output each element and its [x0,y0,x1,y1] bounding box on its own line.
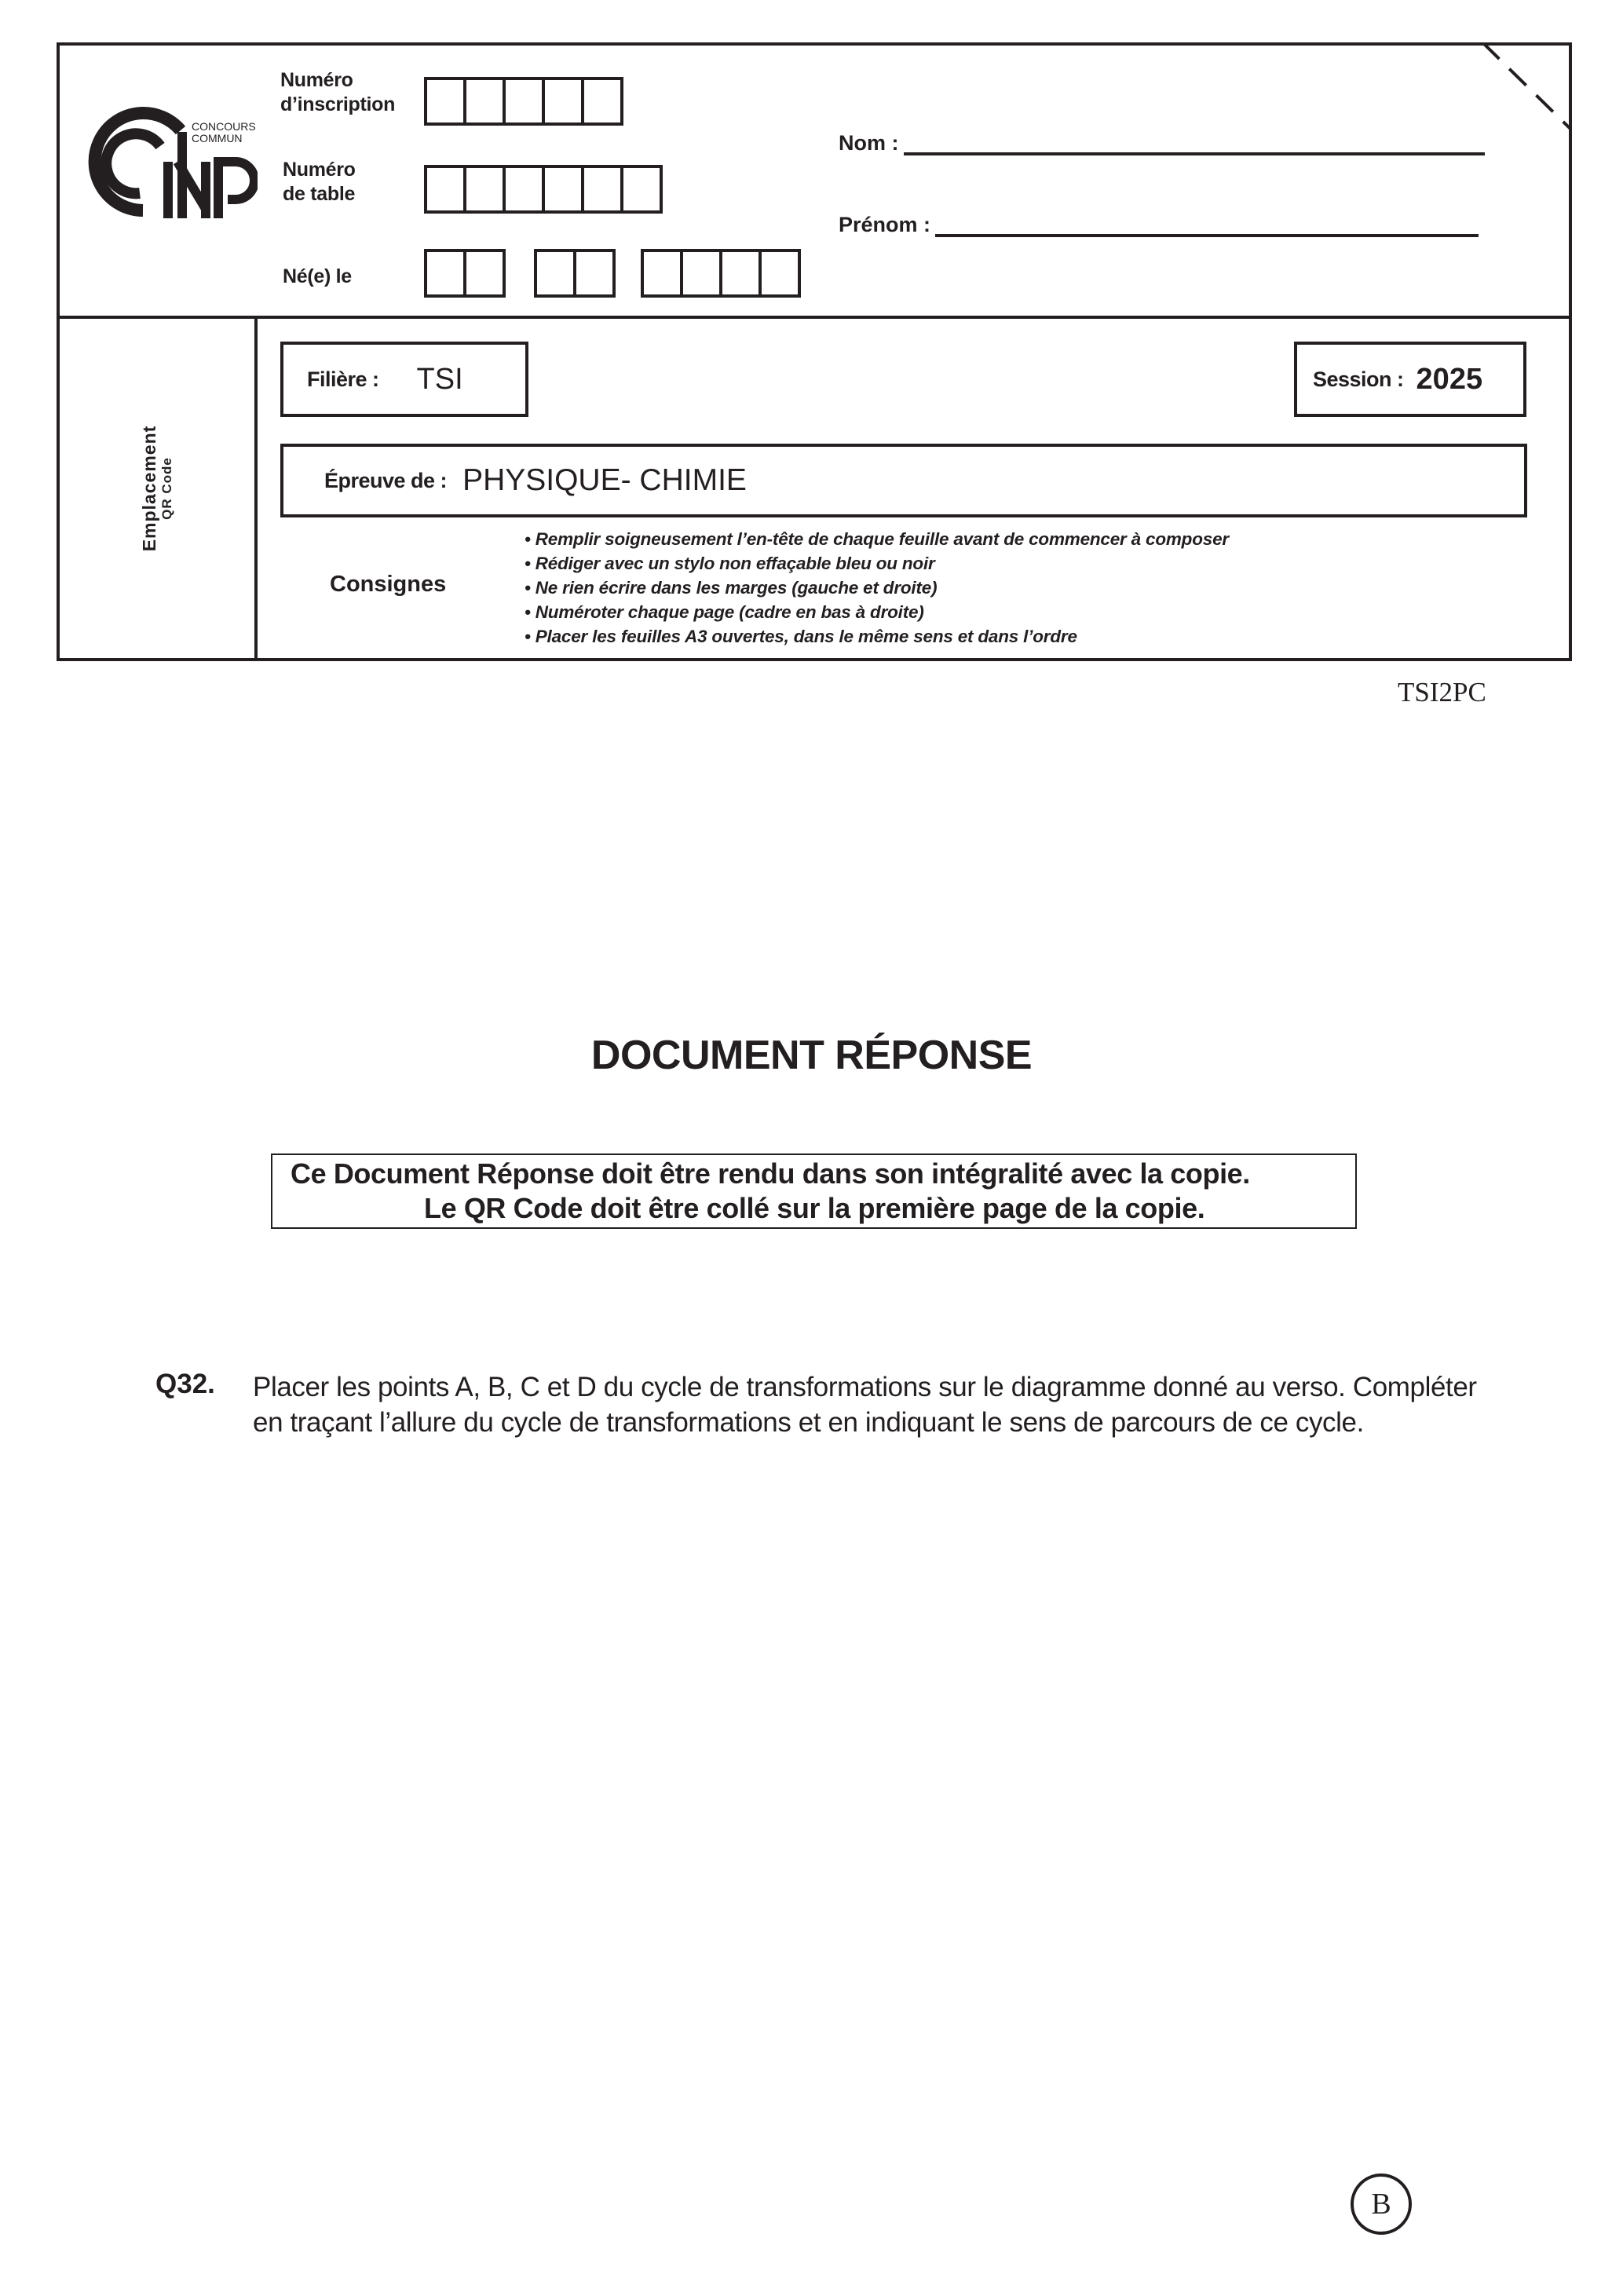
digit-box[interactable] [620,165,663,214]
label-line: de table [283,182,356,207]
consigne-item: Placer les feuilles A3 ouvertes, dans le… [525,624,1229,649]
digit-box[interactable] [534,249,576,298]
question-text: Placer les points A, B, C et D du cycle … [253,1369,1509,1440]
numero-table-field[interactable] [424,165,663,214]
birth-year-field[interactable] [641,249,801,298]
nom-input-line[interactable] [904,129,1485,155]
digit-box[interactable] [581,165,623,214]
digit-box[interactable] [463,249,506,298]
notice-line-1: Ce Document Réponse doit être rendu dans… [291,1157,1250,1190]
page-marker-badge: B [1351,2174,1412,2235]
digit-box[interactable] [424,249,466,298]
digit-box[interactable] [719,249,762,298]
cinp-logo-icon: CONCOURS COMMUN [88,101,258,218]
session-label: Session : [1313,367,1404,392]
label-line: Numéro [283,158,356,182]
digit-box[interactable] [542,77,584,126]
digit-box[interactable] [758,249,801,298]
qr-placeholder-line2: QR Code [159,426,175,552]
digit-box[interactable] [503,165,545,214]
exam-code: TSI2PC [1398,677,1486,708]
qr-column-divider [254,316,258,661]
digit-box[interactable] [424,77,466,126]
consigne-item: Remplir soigneusement l’en-tête de chaqu… [525,527,1229,551]
nom-label: Nom : [839,131,899,155]
prenom-label: Prénom : [839,213,930,237]
digit-box[interactable] [424,165,466,214]
birth-day-field[interactable] [424,249,506,298]
prenom-row: Prénom : [839,210,1479,237]
epreuve-box: Épreuve de : PHYSIQUE- CHIMIE [280,444,1527,517]
numero-table-label: Numéro de table [283,158,356,207]
consigne-item: Rédiger avec un stylo non effaçable bleu… [525,551,1229,576]
epreuve-value: PHYSIQUE- CHIMIE [462,463,747,498]
document-title: DOCUMENT RÉPONSE [0,1032,1623,1079]
label-line: d’inscription [280,93,395,117]
consigne-item: Numéroter chaque page (cadre en bas à dr… [525,600,1229,624]
header-divider [57,316,1572,319]
consignes-label: Consignes [330,572,446,598]
numero-inscription-label: Numéro d’inscription [280,68,395,117]
session-value: 2025 [1416,363,1483,397]
digit-box[interactable] [542,165,584,214]
prenom-input-line[interactable] [935,210,1479,237]
filiere-value: TSI [417,363,463,397]
date-naissance-label: Né(e) le [283,265,352,289]
numero-inscription-field[interactable] [424,77,623,126]
digit-box[interactable] [503,77,545,126]
svg-text:CONCOURS: CONCOURS [192,120,256,133]
qr-code-placeholder: Emplacement QR Code [63,319,251,658]
epreuve-label: Épreuve de : [324,469,447,493]
consigne-item: Ne rien écrire dans les marges (gauche e… [525,576,1229,600]
question-number: Q32. [155,1369,215,1400]
nom-row: Nom : [839,129,1485,155]
session-box: Session : 2025 [1294,342,1526,417]
filiere-label: Filière : [307,367,379,392]
label-line: Numéro [280,68,395,93]
digit-box[interactable] [581,77,623,126]
qr-placeholder-line1: Emplacement [139,426,159,552]
consignes-list: Remplir soigneusement l’en-tête de chaqu… [525,527,1229,649]
notice-line-2: Le QR Code doit être collé sur la premiè… [424,1192,1204,1225]
digit-box[interactable] [463,165,506,214]
fold-dashed-line [1476,42,1572,137]
digit-box[interactable] [641,249,683,298]
digit-box[interactable] [463,77,506,126]
digit-box[interactable] [680,249,722,298]
birth-month-field[interactable] [534,249,616,298]
digit-box[interactable] [573,249,616,298]
svg-text:COMMUN: COMMUN [192,132,243,144]
filiere-box: Filière : TSI [280,342,528,417]
